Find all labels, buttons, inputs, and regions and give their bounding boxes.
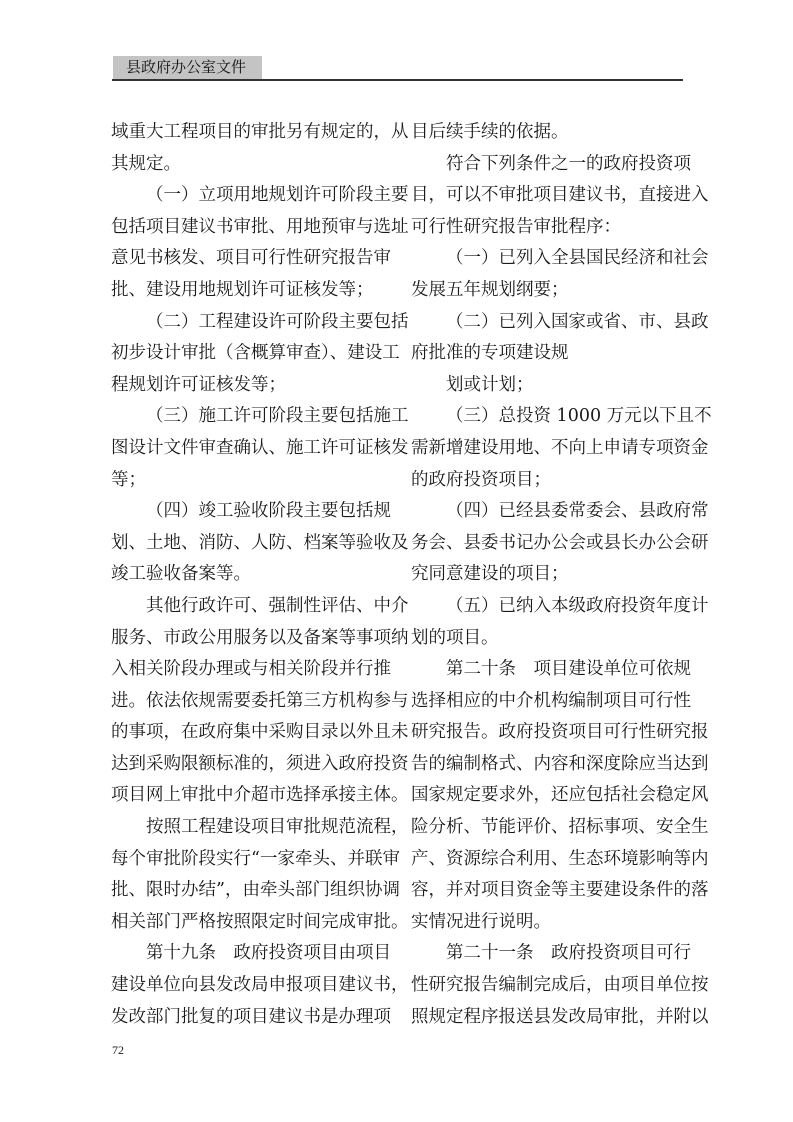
text-line: 照规定程序报送县发改局审批，并附以: [411, 1002, 687, 1034]
text-line: （五）已纳入本级政府投资年度计: [411, 591, 687, 623]
text-line: 域重大工程项目的审批另有规定的，从: [111, 117, 387, 149]
text-line: 划、土地、消防、人防、档案等验收及: [111, 528, 387, 560]
text-line: 目后续手续的依据。: [411, 117, 687, 149]
text-line: 容，并对项目资金等主要建设条件的落: [411, 875, 687, 907]
header-divider: [112, 79, 683, 81]
text-line: 的事项，在政府集中采购目录以外且未: [111, 717, 387, 749]
text-line: 等；: [111, 465, 387, 497]
left-text-column: 域重大工程项目的审批另有规定的，从其规定。（一）立项用地规划许可阶段主要包括项目…: [111, 117, 387, 1033]
text-line: 的政府投资项目；: [411, 465, 687, 497]
text-line: 实情况进行说明。: [411, 907, 687, 939]
page-number: 72: [112, 1043, 124, 1058]
text-line: 批、建设用地规划许可证核发等；: [111, 275, 387, 307]
text-line: 竣工验收备案等。: [111, 559, 387, 591]
text-line: （二）已列入国家或省、市、县政: [411, 307, 687, 339]
text-line: 第二十条 项目建设单位可依规: [411, 654, 687, 686]
text-line: 第十九条 政府投资项目由项目: [111, 938, 387, 970]
text-line: （一）已列入全县国民经济和社会: [411, 243, 687, 275]
text-line: 性研究报告编制完成后，由项目单位按: [411, 970, 687, 1002]
text-line: 相关部门严格按照限定时间完成审批。: [111, 907, 387, 939]
text-line: 其规定。: [111, 149, 387, 181]
text-line: 其他行政许可、强制性评估、中介: [111, 591, 387, 623]
text-line: 国家规定要求外，还应包括社会稳定风: [411, 780, 687, 812]
text-line: （四）已经县委常委会、县政府常: [411, 496, 687, 528]
document-header-title: 县政府办公室文件: [126, 56, 246, 79]
text-line: 研究报告。政府投资项目可行性研究报: [411, 717, 687, 749]
text-line: （三）施工许可阶段主要包括施工: [111, 401, 387, 433]
text-line: 每个审批阶段实行“一家牵头、并联审: [111, 844, 387, 876]
text-line: 服务、市政公用服务以及备案等事项纳: [111, 623, 387, 655]
text-line: 项目网上审批中介超市选择承接主体。: [111, 780, 387, 812]
text-line: 进。依法依规需要委托第三方机构参与: [111, 686, 387, 718]
text-line: 建设单位向县发改局申报项目建议书，: [111, 970, 387, 1002]
text-line: 划的项目。: [411, 623, 687, 655]
text-line: 发改部门批复的项目建议书是办理项: [111, 1002, 387, 1034]
text-line: （一）立项用地规划许可阶段主要: [111, 180, 387, 212]
text-line: 究同意建设的项目；: [411, 559, 687, 591]
text-line: 初步设计审批（含概算审查）、建设工: [111, 338, 387, 370]
text-line: （二）工程建设许可阶段主要包括: [111, 307, 387, 339]
text-line: 包括项目建议书审批、用地预审与选址: [111, 212, 387, 244]
text-line: 意见书核发、项目可行性研究报告审: [111, 243, 387, 275]
text-line: 入相关阶段办理或与相关阶段并行推: [111, 654, 387, 686]
text-line: 产、资源综合利用、生态环境影响等内: [411, 844, 687, 876]
text-line: 按照工程建设项目审批规范流程，: [111, 812, 387, 844]
text-line: 达到采购限额标准的，须进入政府投资: [111, 749, 387, 781]
text-line: 务会、县委书记办公会或县长办公会研: [411, 528, 687, 560]
text-line: 批、限时办结”，由牵头部门组织协调: [111, 875, 387, 907]
text-line: 需新增建设用地、不向上申请专项资金: [411, 433, 687, 465]
text-line: 可行性研究报告审批程序：: [411, 212, 687, 244]
text-line: 划或计划；: [411, 370, 687, 402]
text-line: 第二十一条 政府投资项目可行: [411, 938, 687, 970]
text-line: （三）总投资 1000 万元以下且不: [411, 401, 687, 433]
text-line: 符合下列条件之一的政府投资项: [411, 149, 687, 181]
text-line: 程规划许可证核发等；: [111, 370, 387, 402]
text-line: 目，可以不审批项目建议书，直接进入: [411, 180, 687, 212]
text-line: （四）竣工验收阶段主要包括规: [111, 496, 387, 528]
text-line: 险分析、节能评价、招标事项、安全生: [411, 812, 687, 844]
right-text-column: 目后续手续的依据。符合下列条件之一的政府投资项目，可以不审批项目建议书，直接进入…: [411, 117, 687, 1033]
text-line: 图设计文件审查确认、施工许可证核发: [111, 433, 387, 465]
text-line: 发展五年规划纲要；: [411, 275, 687, 307]
text-line: 选择相应的中介机构编制项目可行性: [411, 686, 687, 718]
text-line: 府批准的专项建设规: [411, 338, 687, 370]
text-line: 告的编制格式、内容和深度除应当达到: [411, 749, 687, 781]
